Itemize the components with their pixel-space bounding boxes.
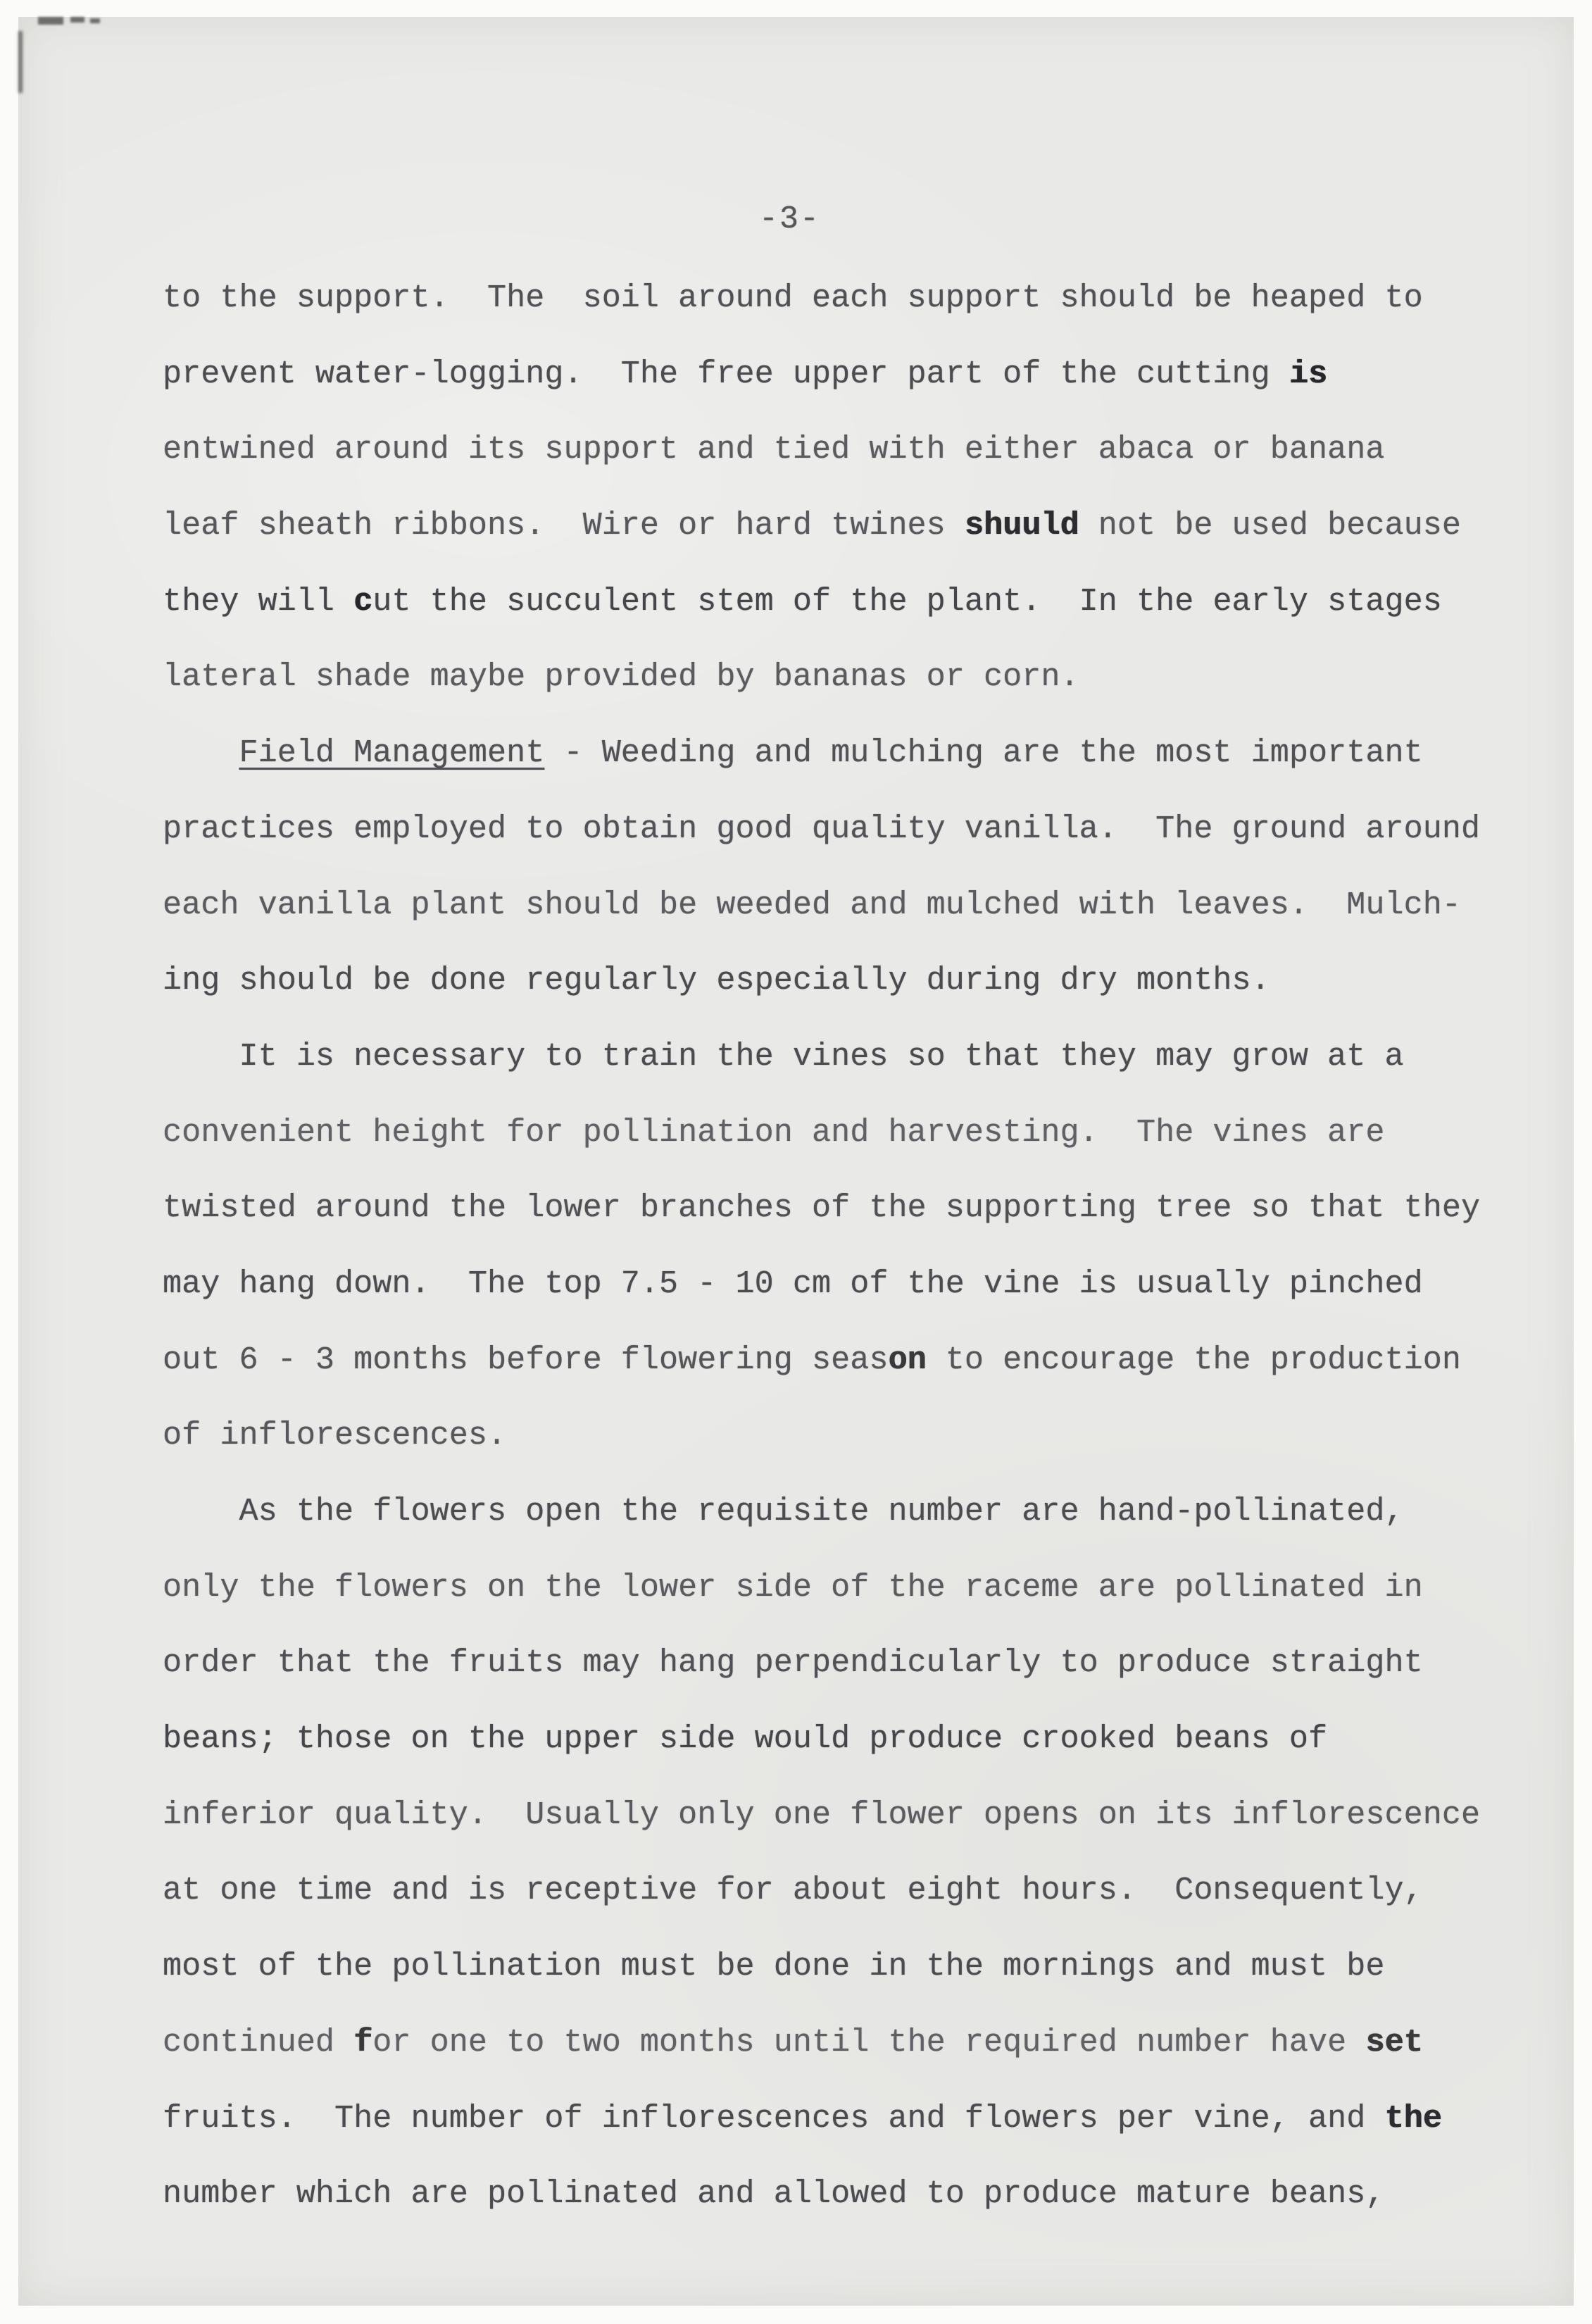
typed-segment: order that the fruits may hang perpendic… [163,1644,1423,1681]
typed-segment: to encourage the production [927,1342,1461,1378]
typed-segment: lateral shade maybe provided by bananas … [163,658,1079,695]
scanned-document: { "page": { "number_label": "-3-", "colo… [0,0,1592,2324]
overstruck-text: set [1365,2024,1422,2061]
text-line: only the flowers on the lower side of th… [163,1550,1522,1626]
typed-segment: of inflorescences. [163,1417,506,1454]
text-line: leaf sheath ribbons. Wire or hard twines… [163,488,1522,564]
typed-segment: continued [163,2024,353,2061]
text-line: each vanilla plant should be weeded and … [163,868,1522,944]
scan-edge-artifact [70,17,84,23]
text-line: entwined around its support and tied wit… [163,412,1522,488]
text-line: beans; those on the upper side would pro… [163,1701,1522,1778]
typed-text: to the support. The soil around each sup… [163,261,1522,2232]
typed-segment: may hang down. The top 7.5 - 10 cm of th… [163,1266,1423,1302]
typed-segment: inferior quality. Usually only one flowe… [163,1797,1480,1833]
typed-segment: ut the succulent stem of the plant. In t… [372,583,1442,620]
text-line: out 6 - 3 months before flowering season… [163,1323,1522,1399]
text-line: Field Management - Weeding and mulching … [163,716,1522,792]
scan-edge-artifact [90,18,100,23]
typed-segment: beans; those on the upper side would pro… [163,1720,1327,1757]
typed-segment: prevent water-logging. The free upper pa… [163,356,1289,392]
overstruck-text: f [353,2024,372,2061]
overstruck-text: on [888,1342,926,1378]
text-line: most of the pollination must be done in … [163,1929,1522,2005]
text-line: may hang down. The top 7.5 - 10 cm of th… [163,1247,1522,1323]
paper-page: -3- to the support. The soil around each… [18,17,1574,2306]
overstruck-text: the [1384,2100,1441,2137]
typed-segment: at one time and is receptive for about e… [163,1872,1423,1908]
typed-segment: only the flowers on the lower side of th… [163,1569,1423,1606]
text-line: It is necessary to train the vines so th… [163,1019,1522,1095]
text-line: inferior quality. Usually only one flowe… [163,1778,1522,1854]
text-line: at one time and is receptive for about e… [163,1853,1522,1929]
text-line: they will cut the succulent stem of the … [163,564,1522,640]
typed-segment: - Weeding and mulching are the most impo… [544,735,1422,771]
text-line: of inflorescences. [163,1398,1522,1474]
typed-segment: not be used because [1079,507,1461,544]
text-line: twisted around the lower branches of the… [163,1170,1522,1247]
text-line: practices employed to obtain good qualit… [163,792,1522,868]
typed-segment: each vanilla plant should be weeded and … [163,887,1461,923]
typed-segment: most of the pollination must be done in … [163,1948,1384,1985]
text-line: ing should be done regularly especially … [163,943,1522,1019]
text-line: lateral shade maybe provided by bananas … [163,639,1522,716]
typed-segment: entwined around its support and tied wit… [163,431,1384,468]
typed-segment: ing should be done regularly especially … [163,962,1270,999]
typed-segment: or one to two months until the required … [372,2024,1365,2061]
typed-segment [163,735,239,771]
text-line: number which are pollinated and allowed … [163,2156,1522,2232]
typed-segment: convenient height for pollination and ha… [163,1114,1384,1151]
typed-segment: they will [163,583,353,620]
overstruck-text: is [1289,356,1327,392]
typed-segment: to the support. The soil around each sup… [163,280,1423,316]
typed-segment: twisted around the lower branches of the… [163,1189,1480,1226]
text-line: prevent water-logging. The free upper pa… [163,337,1522,413]
text-line: As the flowers open the requisite number… [163,1474,1522,1550]
typed-segment: leaf sheath ribbons. Wire or hard twines [163,507,965,544]
text-line: order that the fruits may hang perpendic… [163,1625,1522,1701]
overstruck-text: shuuld [965,507,1079,544]
overstruck-text: c [353,583,372,620]
text-line: to the support. The soil around each sup… [163,261,1522,337]
typed-segment: fruits. The number of inflorescences and… [163,2100,1384,2137]
text-line: convenient height for pollination and ha… [163,1095,1522,1171]
typed-segment: out 6 - 3 months before flowering seas [163,1342,888,1378]
page-number: -3- [759,201,820,237]
text-line: continued for one to two months until th… [163,2005,1522,2081]
typed-segment: It is necessary to train the vines so th… [163,1038,1404,1075]
scan-edge-artifact [38,17,63,25]
typed-segment: number which are pollinated and allowed … [163,2175,1384,2212]
scan-edge-artifact [18,31,23,93]
text-line: fruits. The number of inflorescences and… [163,2081,1522,2157]
typed-segment: As the flowers open the requisite number… [163,1493,1404,1530]
underlined-heading: Field Management [239,735,544,771]
typed-segment: practices employed to obtain good qualit… [163,811,1480,847]
